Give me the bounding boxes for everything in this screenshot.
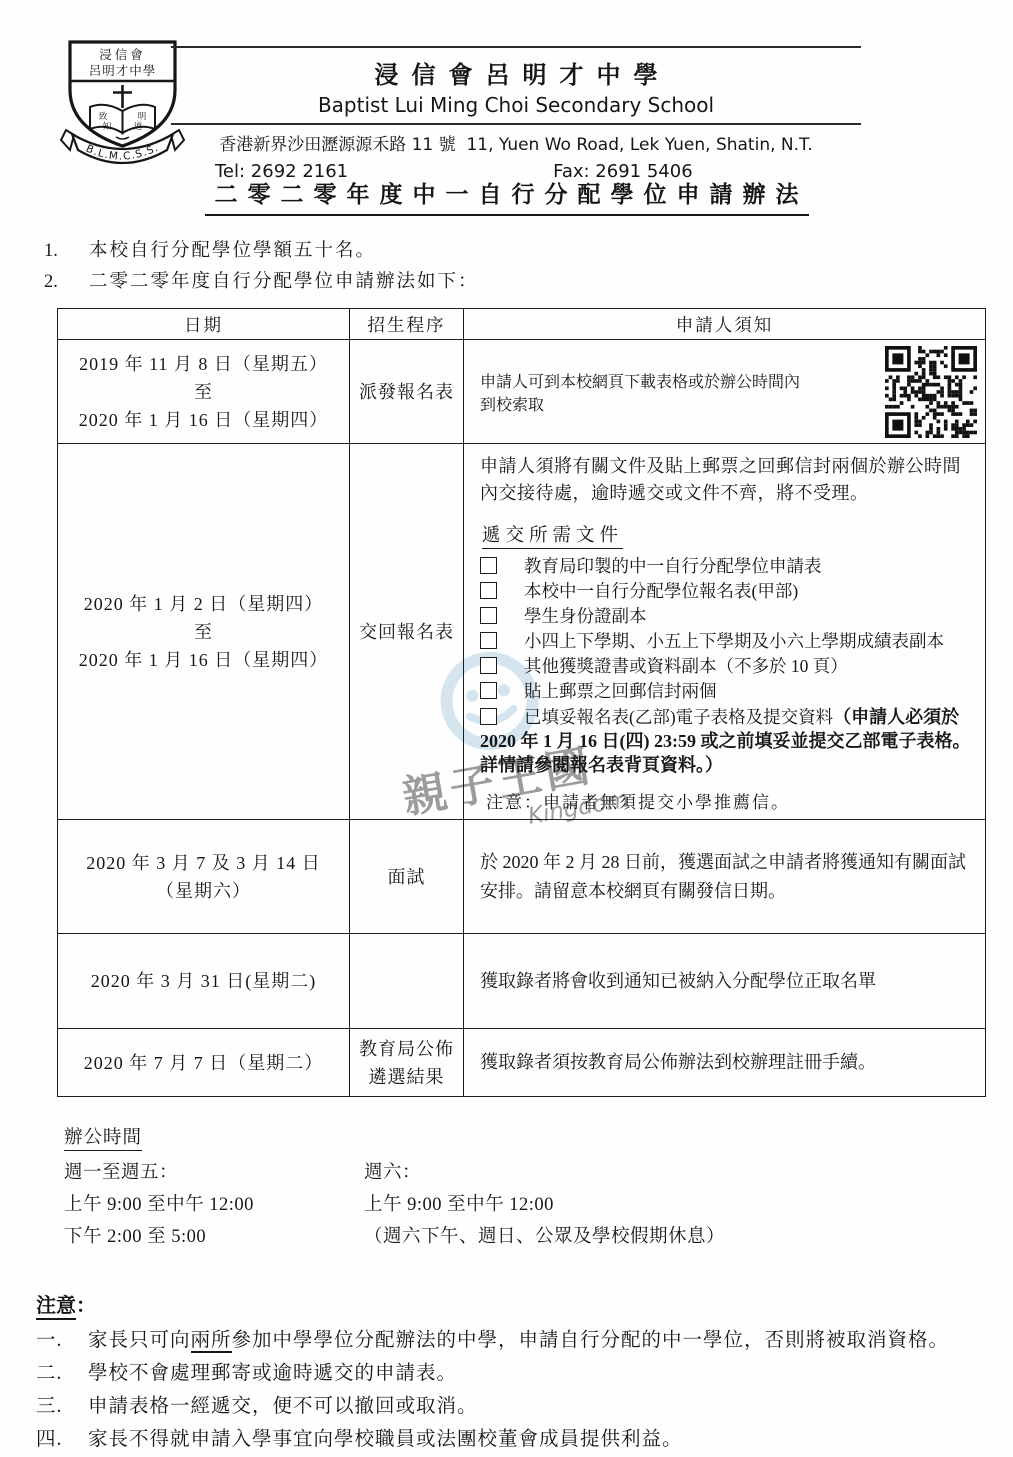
note-number: 三. (36, 1390, 88, 1423)
office-hours-section: 辦公時間 週一至週五： 上午 9:00 至中午 12:00 下午 2:00 至 … (64, 1123, 1013, 1253)
note-text: 家長不得就申請入學事宜向學校職員或法團校董會成員提供利益。 (88, 1423, 983, 1456)
checklist-label: 已填妥報名表(乙部)電子表格及提交資料 (524, 707, 833, 727)
intro-list: 1. 本校自行分配學位學額五十名。 2. 二零二零年度自行分配學位申請辦法如下： (44, 236, 1013, 298)
procedure-cell (350, 934, 464, 1029)
checkbox-icon (480, 557, 497, 574)
note-item: 一. 家長只可向兩所參加中學學位分配辦法的中學，申請自行分配的中一學位，否則將被… (36, 1324, 983, 1357)
procedure-cell: 交回報名表 (350, 444, 464, 820)
note-text-post: 參加中學學位分配辦法的中學，申請自行分配的中一學位，否則將被取消資格。 (232, 1330, 950, 1351)
intro-item-1-text: 本校自行分配學位學額五十名。 (89, 236, 376, 267)
column-header-applicant-notes: 申請人須知 (464, 309, 986, 340)
office-hours-title: 辦公時間 (64, 1123, 142, 1151)
checklist-item: 小四上下學期、小五上下學期及小六上學期成績表副本 (480, 629, 973, 652)
notes-title-colon: ： (76, 1295, 96, 1317)
notes-section: 注意： 一. 家長只可向兩所參加中學學位分配辦法的中學，申請自行分配的中一學位，… (36, 1289, 983, 1456)
no-recommendation-note: 注意：申請者無須提交小學推薦信。 (480, 788, 973, 813)
table-row: 2020 年 1 月 2 日（星期四） 至 2020 年 1 月 16 日（星期… (58, 444, 986, 820)
checklist-label: 學生身份證副本 (524, 603, 647, 628)
date-line: 2020 年 3 月 7 及 3 月 14 日 (58, 849, 349, 877)
school-name-zh: 浸信會呂明才中學 (171, 55, 861, 90)
office-hours-weekday: 週一至週五： 上午 9:00 至中午 12:00 下午 2:00 至 5:00 (64, 1157, 364, 1253)
checkbox-icon (480, 682, 497, 699)
required-documents-title: 遞交所需文件 (482, 521, 623, 549)
date-cell: 2020 年 3 月 31 日(星期二) (58, 934, 350, 1029)
notes-cell: 申請人須將有關文件及貼上郵票之回郵信封兩個於辦公時間內交接待處，逾時遞交或文件不… (464, 444, 986, 820)
notes-cell: 獲取錄者須按教育局公佈辦法到校辦理註冊手續。 (464, 1029, 986, 1097)
school-address: 香港新界沙田瀝源源禾路 11 號 11, Yuen Wo Road, Lek Y… (171, 130, 861, 155)
checkbox-icon (480, 632, 497, 649)
intro-item-2: 2. 二零二零年度自行分配學位申請辦法如下： (44, 267, 1013, 298)
checklist-label: 本校中一自行分配學位報名表(甲部) (524, 578, 798, 603)
checklist-item: 學生身份證副本 (480, 604, 973, 627)
note-number: 四. (36, 1423, 88, 1456)
crest-name-line1: 浸信會 (99, 47, 146, 62)
notes-cell: 申請人可到本校網頁下載表格或於辦公時間內到校索取 (464, 340, 986, 444)
date-line: 2020 年 1 月 16 日（星期四） (58, 406, 349, 434)
notes-title: 注意： (36, 1289, 983, 1318)
checklist-label: 教育局印製的中一自行分配學位申請表 (524, 553, 822, 578)
weekday-label: 週一至週五： (64, 1157, 364, 1189)
procedure-cell: 教育局公佈 遴選結果 (350, 1029, 464, 1097)
checkbox-icon (480, 607, 497, 624)
crest-book-right-bottom: 道 (134, 121, 143, 131)
note-text-underlined: 兩所 (191, 1330, 232, 1353)
note-text: 學校不會處理郵寄或逾時遞交的申請表。 (88, 1357, 983, 1390)
note-text: 申請表格一經遞交，便不可以撤回或取消。 (88, 1390, 983, 1423)
procedure-cell: 派發報名表 (350, 340, 464, 444)
checklist-label: 貼上郵票之回郵信封兩個 (524, 678, 717, 703)
column-header-procedure: 招生程序 (350, 309, 464, 340)
notes-cell: 於 2020 年 2 月 28 日前，獲選面試之申請者將獲通知有關面試安排。請留… (464, 820, 986, 934)
checklist-label: 小四上下學期、小五上下學期及小六上學期成績表副本 (524, 628, 944, 653)
intro-item-2-text: 二零二零年度自行分配學位申請辦法如下： (89, 267, 479, 298)
document-page: 親子王國 Kingdom 浸信會 呂明才中學 致 知 明 道 B. (0, 0, 1013, 1457)
saturday-hours-am: 上午 9:00 至中午 12:00 (364, 1189, 725, 1221)
note-text: 家長只可向兩所參加中學學位分配辦法的中學，申請自行分配的中一學位，否則將被取消資… (88, 1324, 983, 1357)
checklist-label: 其他獲獎證書或資料副本（不多於 10 頁） (524, 653, 848, 678)
date-line: 至 (58, 618, 349, 646)
qr-code (885, 346, 977, 438)
letterhead-rule-top (171, 46, 861, 48)
saturday-label: 週六： (364, 1157, 725, 1189)
table-header-row: 日期 招生程序 申請人須知 (58, 309, 986, 340)
page-title: 二零二零年度中一自行分配學位申請辦法 (205, 176, 809, 216)
table-row: 2019 年 11 月 8 日（星期五） 至 2020 年 1 月 16 日（星… (58, 340, 986, 444)
crest-book-left-bottom: 知 (103, 121, 112, 131)
school-crest: 浸信會 呂明才中學 致 知 明 道 B.L.M.C.S.S. (60, 34, 185, 172)
note-item: 二. 學校不會處理郵寄或逾時遞交的申請表。 (36, 1357, 983, 1390)
checklist-item: 教育局印製的中一自行分配學位申請表 (480, 554, 973, 577)
table-row: 2020 年 7 月 7 日（星期二） 教育局公佈 遴選結果 獲取錄者須按教育局… (58, 1029, 986, 1097)
date-line: 至 (58, 378, 349, 406)
note-item: 四. 家長不得就申請入學事宜向學校職員或法團校董會成員提供利益。 (36, 1423, 983, 1456)
note-item: 三. 申請表格一經遞交，便不可以撤回或取消。 (36, 1390, 983, 1423)
date-line: （星期六） (58, 877, 349, 905)
weekday-hours-am: 上午 9:00 至中午 12:00 (64, 1189, 364, 1221)
note-text-pre: 家長只可向 (88, 1330, 191, 1351)
procedure-cell: 面試 (350, 820, 464, 934)
fax-number: Fax: 2691 5406 (553, 161, 693, 182)
application-schedule-table: 日期 招生程序 申請人須知 2019 年 11 月 8 日（星期五） 至 202… (57, 308, 986, 1097)
checklist-item: 其他獲獎證書或資料副本（不多於 10 頁） (480, 654, 973, 677)
date-line: 2019 年 11 月 8 日（星期五） (58, 350, 349, 378)
notes-text: 申請人可到本校網頁下載表格或於辦公時間內到校索取 (480, 369, 810, 415)
procedure-line: 教育局公佈 (350, 1035, 463, 1063)
note-number: 二. (36, 1357, 88, 1390)
date-line: 2020 年 1 月 16 日（星期四） (58, 646, 349, 674)
letterhead: 浸信會呂明才中學 Baptist Lui Ming Choi Secondary… (171, 46, 861, 182)
crest-book-left-top: 致 (99, 111, 108, 121)
crest-book-right-top: 明 (138, 111, 147, 121)
checkbox-icon (480, 657, 497, 674)
date-cell: 2020 年 7 月 7 日（星期二） (58, 1029, 350, 1097)
letterhead-rule-mid (171, 123, 861, 125)
date-line: 2020 年 3 月 31 日(星期二) (58, 967, 349, 995)
note-number: 一. (36, 1324, 88, 1357)
tel-number: Tel: 2692 2161 (215, 161, 348, 182)
date-cell: 2020 年 3 月 7 及 3 月 14 日 （星期六） (58, 820, 350, 934)
intro-item-1: 1. 本校自行分配學位學額五十名。 (44, 236, 1013, 267)
table-row: 2020 年 3 月 7 及 3 月 14 日 （星期六） 面試 於 2020 … (58, 820, 986, 934)
office-hours-saturday: 週六： 上午 9:00 至中午 12:00 （週六下午、週日、公眾及學校假期休息… (364, 1157, 725, 1253)
notes-cell: 獲取錄者將會收到通知已被納入分配學位正取名單 (464, 934, 986, 1029)
intro-item-2-number: 2. (44, 267, 89, 298)
column-header-date: 日期 (58, 309, 350, 340)
date-cell: 2019 年 11 月 8 日（星期五） 至 2020 年 1 月 16 日（星… (58, 340, 350, 444)
procedure-line: 遴選結果 (350, 1063, 463, 1091)
date-line: 2020 年 7 月 7 日（星期二） (58, 1049, 349, 1077)
submission-paragraph: 申請人須將有關文件及貼上郵票之回郵信封兩個於辦公時間內交接待處，逾時遞交或文件不… (480, 453, 973, 507)
weekday-hours-pm: 下午 2:00 至 5:00 (64, 1221, 364, 1253)
tel-fax-row: Tel: 2692 2161 Fax: 2691 5406 (171, 161, 861, 182)
date-cell: 2020 年 1 月 2 日（星期四） 至 2020 年 1 月 16 日（星期… (58, 444, 350, 820)
checklist-item: 貼上郵票之回郵信封兩個 (480, 679, 973, 702)
crest-name-line2: 呂明才中學 (89, 63, 157, 78)
school-name-en: Baptist Lui Ming Choi Secondary School (171, 93, 861, 117)
notes-title-text: 注意 (36, 1295, 76, 1320)
table-row: 2020 年 3 月 31 日(星期二) 獲取錄者將會收到通知已被納入分配學位正… (58, 934, 986, 1029)
intro-item-1-number: 1. (44, 236, 89, 267)
date-line: 2020 年 1 月 2 日（星期四） (58, 590, 349, 618)
checkbox-icon (480, 708, 497, 725)
checklist-item: 本校中一自行分配學位報名表(甲部) (480, 579, 973, 602)
checkbox-icon (480, 582, 497, 599)
checklist-item-last: 已填妥報名表(乙部)電子表格及提交資料（申請人必須於 2020 年 1 月 16… (480, 705, 973, 777)
saturday-closed-note: （週六下午、週日、公眾及學校假期休息） (364, 1221, 725, 1253)
